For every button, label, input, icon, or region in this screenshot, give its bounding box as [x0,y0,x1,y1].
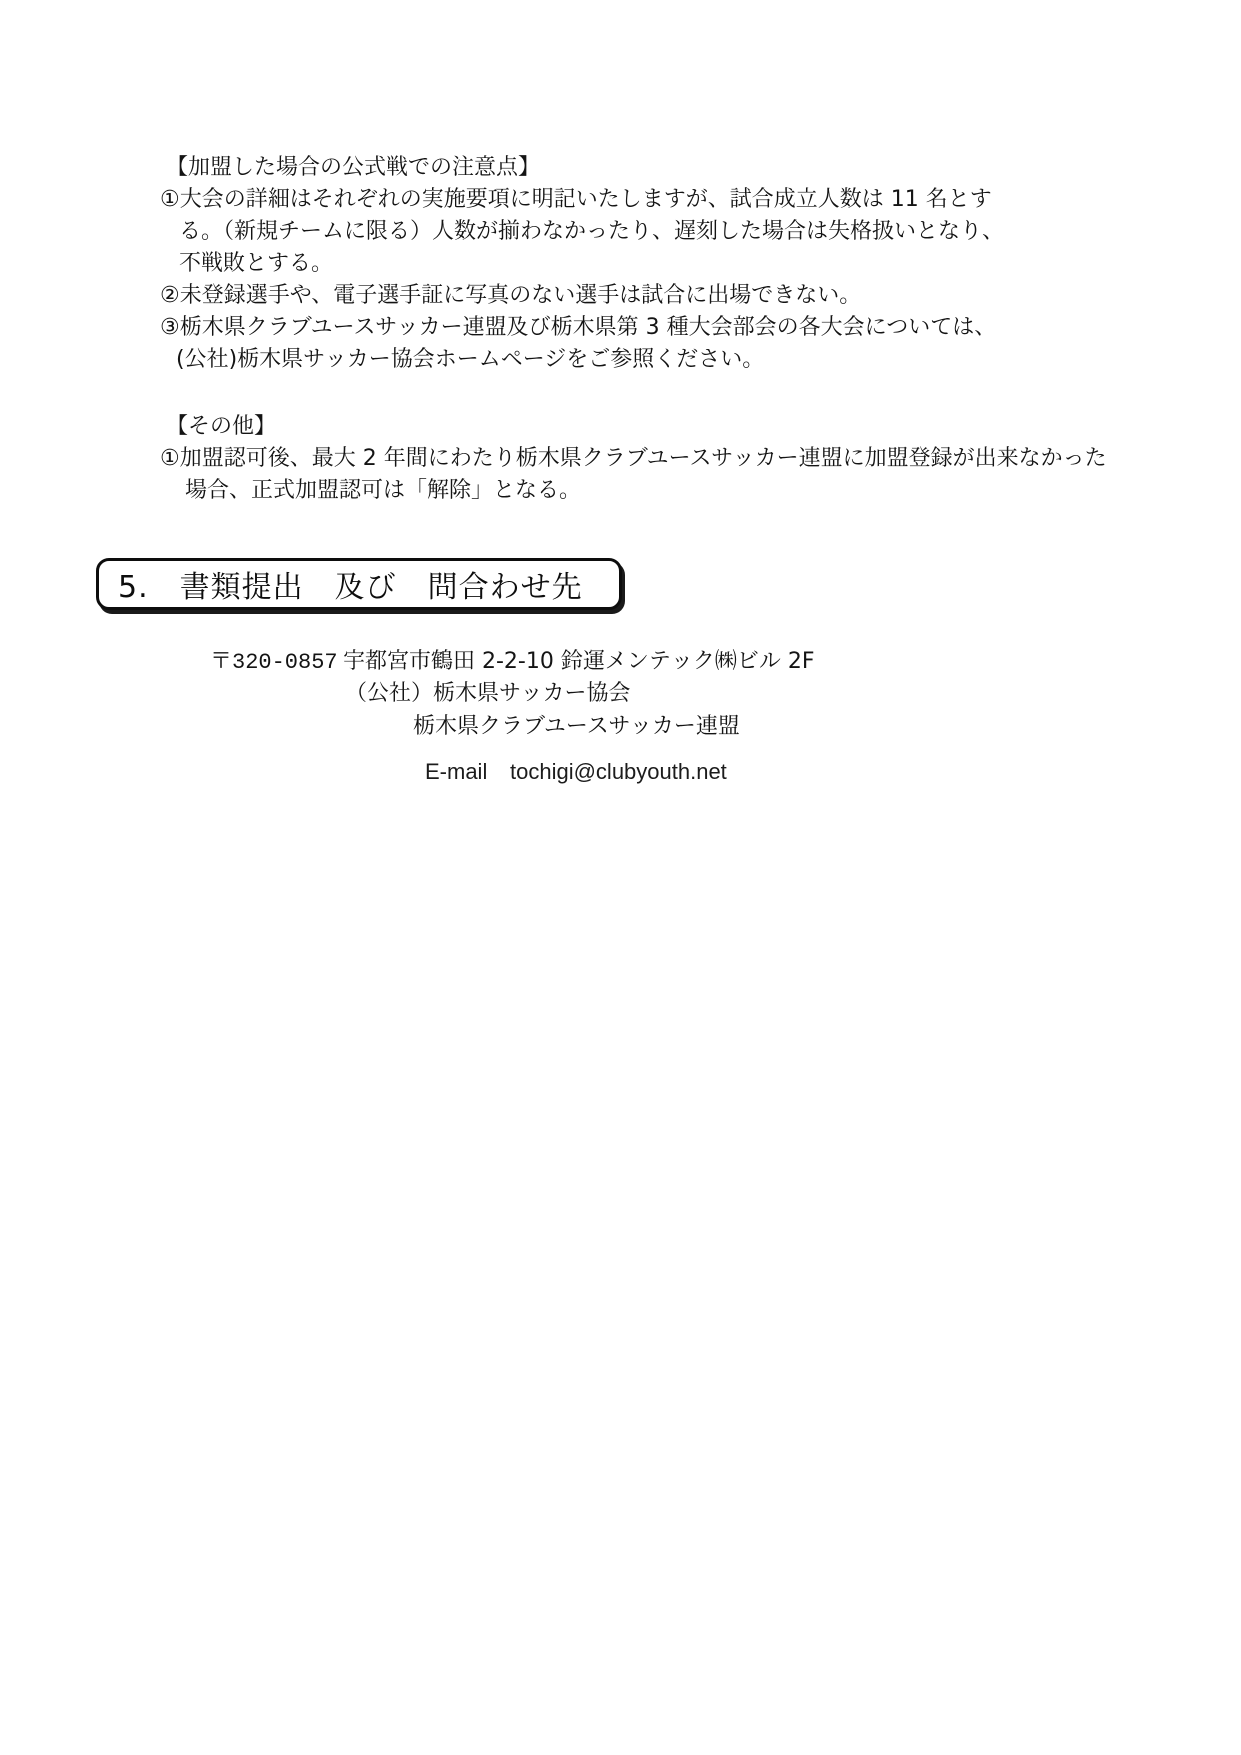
street-address: 宇都宮市鶴田 2-2-10 鈴運メンテック㈱ビル 2F [343,649,815,675]
section5-heading-title: 5. 書類提出 及び 問合わせ先 [118,562,583,606]
contact-organization: （公社）栃木県サッカー協会 [345,681,631,707]
paragraph-gap [160,376,1107,411]
notice-item-1-line-3: 不戦敗とする。 [179,248,1107,280]
notice-item-1-line-2: る。（新規チームに限る）人数が揃わなかったり、遅刻した場合は失格扱いとなり、 [179,216,1107,248]
notice-item-2: ②未登録選手や、電子選手証に写真のない選手は試合に出場できない。 [160,280,1107,312]
notice-item-3-line-2: (公社)栃木県サッカー協会ホームページをご参照ください。 [176,344,1107,376]
notice-item-1-line-1: ①大会の詳細はそれぞれの実施要項に明記いたしますが、試合成立人数は 11 名とす [160,184,1107,216]
other-item-1-line-2: 場合、正式加盟認可は「解除」となる。 [185,475,1107,507]
contact-email-line: E-mail tochigi@clubyouth.net [425,759,487,785]
notice-item-3-line-1: ③栃木県クラブユースサッカー連盟及び栃木県第 3 種大会部会の各大会については、 [160,312,1107,344]
email-address: tochigi@clubyouth.net [510,759,727,785]
document-page: 【加盟した場合の公式戦での注意点】 ①大会の詳細はそれぞれの実施要項に明記いたし… [0,0,1241,1755]
section5-heading-box: 5. 書類提出 及び 問合わせ先 [96,558,622,610]
other-section-header: 【その他】 [166,411,1107,443]
other-item-1-line-1: ①加盟認可後、最大 2 年間にわたり栃木県クラブユースサッカー連盟に加盟登録が出… [160,443,1107,475]
postal-code: 〒320-0857 [210,650,338,675]
notice-section-header: 【加盟した場合の公式戦での注意点】 [166,152,1107,184]
body-text-block: 【加盟した場合の公式戦での注意点】 ①大会の詳細はそれぞれの実施要項に明記いたし… [160,152,1107,507]
email-label: E-mail [425,759,487,784]
contact-federation: 栃木県クラブユースサッカー連盟 [413,714,740,740]
contact-address-line: 〒320-0857 宇都宮市鶴田 2-2-10 鈴運メンテック㈱ビル 2F [210,649,338,676]
